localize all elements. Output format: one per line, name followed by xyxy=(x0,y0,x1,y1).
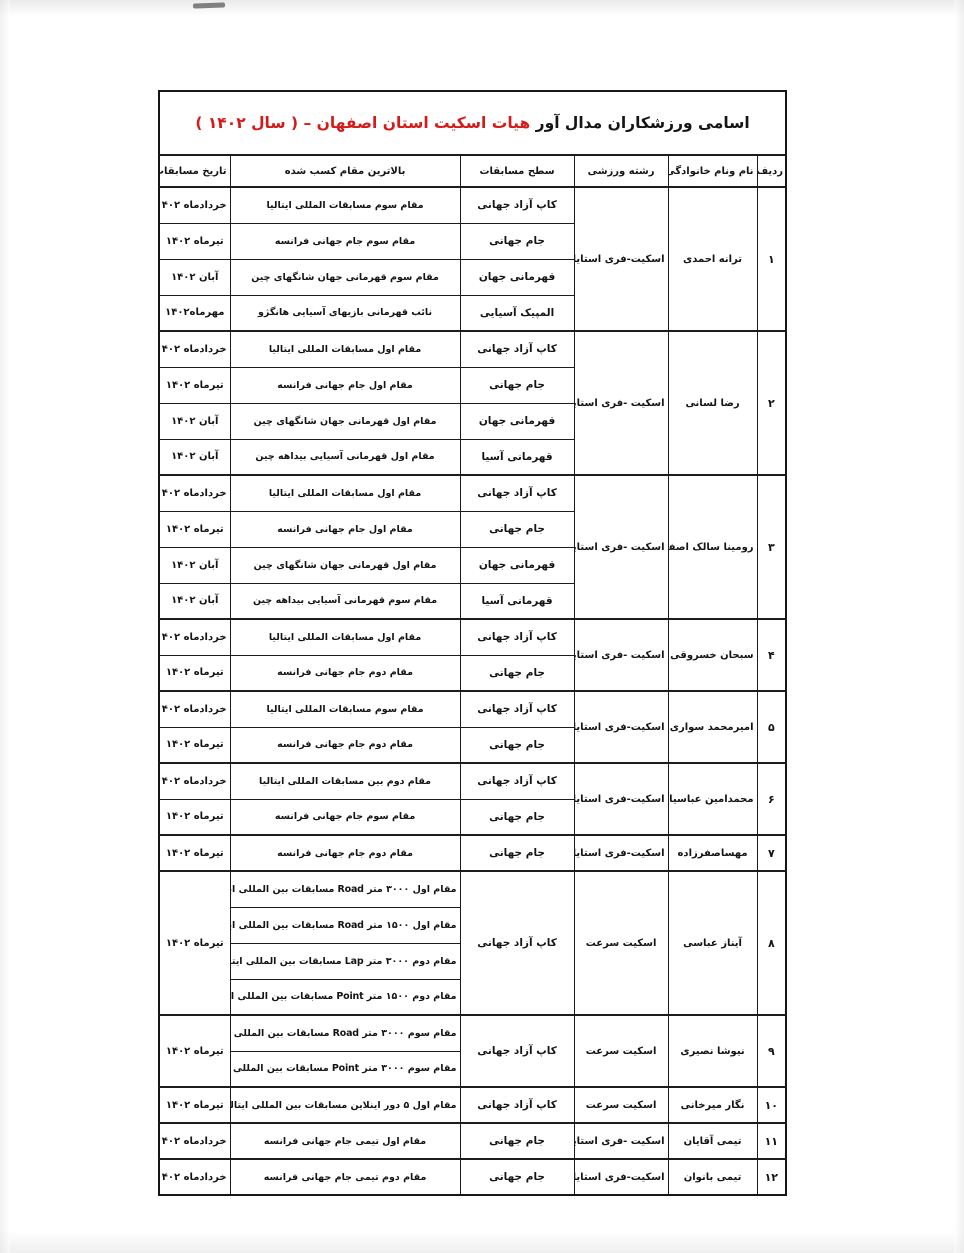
rank-cell: مقام اول مسابقات المللی ایتالیا xyxy=(230,619,460,655)
competition-level-cell: کاپ آزاد جهانی xyxy=(460,331,574,367)
date-cell: مهرماه۱۴۰۲ xyxy=(159,295,230,331)
rank-cell: مقام اول ۵ دور اینلاین مسابقات بین الملل… xyxy=(230,1087,460,1123)
rank-cell: مقام دوم ۳۰۰۰ متر Lap مسابقات بین المللی… xyxy=(230,943,460,979)
athlete-name-cell: نگار میرخانی xyxy=(668,1087,757,1123)
rank-cell: مقام اول جام جهانی فرانسه xyxy=(230,367,460,403)
date-cell: خردادماه ۱۴۰۲ xyxy=(159,475,230,511)
page-title-black: اسامی ورزشکاران مدال آور xyxy=(536,114,750,132)
athletes-table-body: ۱ترانه احمدیاسکیت-فری استایلکاپ آزاد جها… xyxy=(159,187,786,1195)
date-cell: آبان ۱۴۰۲ xyxy=(159,547,230,583)
date-cell: تیرماه ۱۴۰۲ xyxy=(159,835,230,871)
competition-level-cell: کاپ آزاد جهانی xyxy=(460,475,574,511)
table-row: ۷مهساصفرزادهاسکیت-فری استایلجام جهانیمقا… xyxy=(159,835,786,871)
competition-level-cell: قهرمانی جهان xyxy=(460,259,574,295)
rank-cell: مقام دوم جام جهانی فرانسه xyxy=(230,727,460,763)
discipline-cell: اسکیت سرعت xyxy=(574,1087,668,1123)
header-competition-level: سطح مسابقات xyxy=(460,155,574,187)
page-title: اسامی ورزشکاران مدال آور هیات اسکیت استا… xyxy=(159,91,786,155)
competition-level-cell: جام جهانی xyxy=(460,799,574,835)
date-cell: تیرماه ۱۴۰۲ xyxy=(159,367,230,403)
row-number-cell: ۹ xyxy=(757,1015,786,1087)
competition-level-cell: قهرمانی جهان xyxy=(460,547,574,583)
competition-level-cell: قهرمانی آسیا xyxy=(460,583,574,619)
competition-level-cell: جام جهانی xyxy=(460,1159,574,1195)
table-row: ۵امیرمحمد سواریاسکیت-فری استایلکاپ آزاد … xyxy=(159,691,786,727)
rank-cell: مقام اول ۳۰۰۰ متر Road مسابقات بین الملل… xyxy=(230,871,460,907)
athlete-name-cell: آیناز عباسی xyxy=(668,871,757,1015)
date-cell: آبان ۱۴۰۲ xyxy=(159,439,230,475)
rank-cell: مقام دوم تیمی جام جهانی فرانسه xyxy=(230,1159,460,1195)
date-cell: خردادماه ۱۴۰۲ xyxy=(159,187,230,223)
rank-cell: مقام دوم بین مسابقات المللی ایتالیا xyxy=(230,763,460,799)
rank-cell: مقام اول قهرمانی آسیایی بیداهه چین xyxy=(230,439,460,475)
scan-shading-bottom xyxy=(0,1231,964,1253)
date-cell: خردادماه ۱۴۰۲ xyxy=(159,1159,230,1195)
scan-artifact-mark xyxy=(193,2,225,8)
date-cell: تیرماه ۱۴۰۲ xyxy=(159,511,230,547)
date-cell: خردادماه ۱۴۰۲ xyxy=(159,763,230,799)
competition-level-cell: جام جهانی xyxy=(460,1123,574,1159)
table-row: ۱ترانه احمدیاسکیت-فری استایلکاپ آزاد جها… xyxy=(159,187,786,223)
table-row: ۱۲تیمی بانواناسکیت-فری استایلجام جهانیمق… xyxy=(159,1159,786,1195)
athlete-name-cell: امیرمحمد سواری xyxy=(668,691,757,763)
date-cell: آبان ۱۴۰۲ xyxy=(159,259,230,295)
rank-cell: مقام سوم ۳۰۰۰ متر Road مسابقات بین الملل… xyxy=(230,1015,460,1051)
rank-cell: مقام اول ۱۵۰۰ متر Road مسابقات بین الملل… xyxy=(230,907,460,943)
rank-cell: مقام سوم قهرمانی جهان شانگهای چین xyxy=(230,259,460,295)
rank-cell: نائب قهرمانی بازیهای آسیایی هانگژو xyxy=(230,295,460,331)
table-row: ۲رضا لسانیاسکیت -فری استایلکاپ آزاد جهان… xyxy=(159,331,786,367)
row-number-cell: ۳ xyxy=(757,475,786,619)
row-number-cell: ۱۰ xyxy=(757,1087,786,1123)
discipline-cell: اسکیت-فری استایل xyxy=(574,835,668,871)
table-row: ۱۰نگار میرخانیاسکیت سرعتکاپ آزاد جهانیمق… xyxy=(159,1087,786,1123)
competition-level-cell: کاپ آزاد جهانی xyxy=(460,763,574,799)
date-cell: خردادماه ۱۴۰۲ xyxy=(159,331,230,367)
row-number-cell: ۶ xyxy=(757,763,786,835)
header-highest-rank: بالاترین مقام کسب شده xyxy=(230,155,460,187)
scan-shading-top xyxy=(0,0,964,16)
rank-cell: مقام سوم ۳۰۰۰ متر Point مسابقات بین المل… xyxy=(230,1051,460,1087)
rank-cell: مقام سوم مسابقات المللی ایتالیا xyxy=(230,691,460,727)
discipline-cell: اسکیت-فری استایل xyxy=(574,1159,668,1195)
competition-level-cell: جام جهانی xyxy=(460,223,574,259)
header-athlete-name: نام ونام خانوادگی xyxy=(668,155,757,187)
rank-cell: مقام سوم جام جهانی فرانسه xyxy=(230,223,460,259)
athlete-name-cell: رضا لسانی xyxy=(668,331,757,475)
rank-cell: مقام اول قهرمانی جهان شانگهای چین xyxy=(230,547,460,583)
athlete-name-cell: ترانه احمدی xyxy=(668,187,757,331)
competition-level-cell: کاپ آزاد جهانی xyxy=(460,187,574,223)
date-cell: تیرماه ۱۴۰۲ xyxy=(159,1087,230,1123)
rank-cell: مقام سوم مسابقات المللی ایتالیا xyxy=(230,187,460,223)
scan-shading-left xyxy=(0,0,10,1253)
date-cell: آبان ۱۴۰۲ xyxy=(159,403,230,439)
rank-cell: مقام سوم جام جهانی فرانسه xyxy=(230,799,460,835)
date-cell: تیرماه ۱۴۰۲ xyxy=(159,727,230,763)
competition-level-cell: جام جهانی xyxy=(460,511,574,547)
rank-cell: مقام اول تیمی جام جهانی فرانسه xyxy=(230,1123,460,1159)
header-row-number: ردیف xyxy=(757,155,786,187)
competition-level-cell: المپیک آسیایی xyxy=(460,295,574,331)
table-row: ۱۱تیمی آقایاناسکیت -فری استایلجام جهانیم… xyxy=(159,1123,786,1159)
rank-cell: مقام اول قهرمانی جهان شانگهای چین xyxy=(230,403,460,439)
date-cell: تیرماه ۱۴۰۲ xyxy=(159,871,230,1015)
competition-level-cell: جام جهانی xyxy=(460,835,574,871)
date-cell: خردادماه ۱۴۰۲ xyxy=(159,619,230,655)
row-number-cell: ۴ xyxy=(757,619,786,691)
date-cell: تیرماه ۱۴۰۲ xyxy=(159,1015,230,1087)
table-row: ۹نیوشا نصیریاسکیت سرعتکاپ آزاد جهانیمقام… xyxy=(159,1015,786,1051)
competition-level-cell: کاپ آزاد جهانی xyxy=(460,1015,574,1087)
date-cell: خردادماه ۱۴۰۲ xyxy=(159,1123,230,1159)
discipline-cell: اسکیت-فری استایل xyxy=(574,763,668,835)
header-discipline: رشته ورزشی xyxy=(574,155,668,187)
competition-level-cell: جام جهانی xyxy=(460,655,574,691)
athlete-name-cell: مهساصفرزاده xyxy=(668,835,757,871)
competition-level-cell: کاپ آزاد جهانی xyxy=(460,691,574,727)
athlete-name-cell: نیوشا نصیری xyxy=(668,1015,757,1087)
discipline-cell: اسکیت سرعت xyxy=(574,871,668,1015)
row-number-cell: ۷ xyxy=(757,835,786,871)
rank-cell: مقام دوم جام جهانی فرانسه xyxy=(230,655,460,691)
title-row: اسامی ورزشکاران مدال آور هیات اسکیت استا… xyxy=(159,91,786,155)
date-cell: تیرماه ۱۴۰۲ xyxy=(159,223,230,259)
rank-cell: مقام اول مسابقات المللی ایتالیا xyxy=(230,475,460,511)
rank-cell: مقام دوم ۱۵۰۰ متر Point مسابقات بین المل… xyxy=(230,979,460,1015)
row-number-cell: ۱۱ xyxy=(757,1123,786,1159)
table-header-row: ردیف نام ونام خانوادگی رشته ورزشی سطح مس… xyxy=(159,155,786,187)
row-number-cell: ۱ xyxy=(757,187,786,331)
scan-shading-right xyxy=(954,0,964,1253)
date-cell: خردادماه ۱۴۰۲ xyxy=(159,691,230,727)
page-title-red: هیات اسکیت استان اصفهان – ( سال ۱۴۰۲ ) xyxy=(195,114,530,132)
date-cell: تیرماه ۱۴۰۲ xyxy=(159,799,230,835)
scanned-document-page: { "page": { "background": "#ffffff", "ac… xyxy=(0,0,964,1253)
competition-level-cell: قهرمانی آسیا xyxy=(460,439,574,475)
discipline-cell: اسکیت-فری استایل xyxy=(574,691,668,763)
date-cell: آبان ۱۴۰۲ xyxy=(159,583,230,619)
discipline-cell: اسکیت-فری استایل xyxy=(574,187,668,331)
competition-level-cell: جام جهانی xyxy=(460,727,574,763)
athlete-name-cell: رومینا سالک اصفهانی xyxy=(668,475,757,619)
table-row: ۶محمدامین عباسیاناسکیت-فری استایلکاپ آزا… xyxy=(159,763,786,799)
row-number-cell: ۵ xyxy=(757,691,786,763)
rank-cell: مقام اول مسابقات المللی ایتالیا xyxy=(230,331,460,367)
date-cell: تیرماه ۱۴۰۲ xyxy=(159,655,230,691)
rank-cell: مقام دوم جام جهانی فرانسه xyxy=(230,835,460,871)
competition-level-cell: جام جهانی xyxy=(460,367,574,403)
table-row: ۸آیناز عباسیاسکیت سرعتکاپ آزاد جهانیمقام… xyxy=(159,871,786,907)
athlete-name-cell: سبحان خسروقی xyxy=(668,619,757,691)
discipline-cell: اسکیت -فری استایل xyxy=(574,619,668,691)
competition-level-cell: کاپ آزاد جهانی xyxy=(460,619,574,655)
table-row: ۴سبحان خسروقیاسکیت -فری استایلکاپ آزاد ج… xyxy=(159,619,786,655)
athlete-name-cell: تیمی آقایان xyxy=(668,1123,757,1159)
competition-level-cell: کاپ آزاد جهانی xyxy=(460,1087,574,1123)
row-number-cell: ۲ xyxy=(757,331,786,475)
competition-level-cell: کاپ آزاد جهانی xyxy=(460,871,574,1015)
header-competition-date: تاریخ مسابقات xyxy=(159,155,230,187)
table-row: ۳رومینا سالک اصفهانیاسکیت -فری استایلکاپ… xyxy=(159,475,786,511)
discipline-cell: اسکیت -فری استایل xyxy=(574,475,668,619)
athlete-name-cell: محمدامین عباسیان xyxy=(668,763,757,835)
athlete-name-cell: تیمی بانوان xyxy=(668,1159,757,1195)
competition-level-cell: قهرمانی جهان xyxy=(460,403,574,439)
athletes-medal-table: اسامی ورزشکاران مدال آور هیات اسکیت استا… xyxy=(158,90,787,1196)
discipline-cell: اسکیت سرعت xyxy=(574,1015,668,1087)
rank-cell: مقام اول جام جهانی فرانسه xyxy=(230,511,460,547)
row-number-cell: ۱۲ xyxy=(757,1159,786,1195)
discipline-cell: اسکیت -فری استایل xyxy=(574,1123,668,1159)
discipline-cell: اسکیت -فری استایل xyxy=(574,331,668,475)
row-number-cell: ۸ xyxy=(757,871,786,1015)
rank-cell: مقام سوم قهرمانی آسیایی بیداهه چین xyxy=(230,583,460,619)
